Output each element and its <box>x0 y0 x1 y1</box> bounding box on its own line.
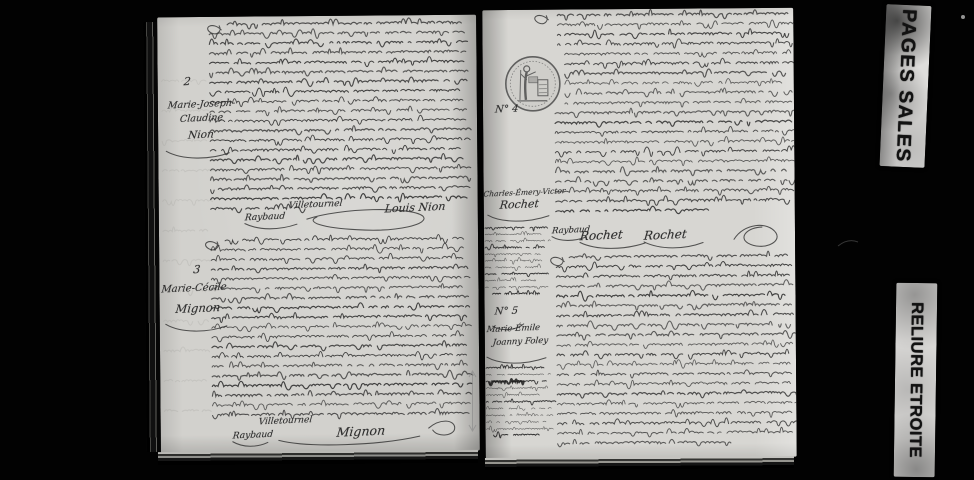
margin-name-line: Rochet <box>499 197 540 212</box>
label-reliure-etroite-text: RELIURE ETROITE <box>905 302 926 458</box>
margin-act-number: 3 <box>193 263 201 276</box>
act-number-marker: N° 5 <box>494 306 518 318</box>
archive-photo: 2 Marie-Joseph- Claudine Nion Villetourn… <box>0 0 974 480</box>
margin-name-line: Claudine <box>179 112 223 125</box>
handwriting-left-page <box>157 15 480 454</box>
bottom-sheet-edges-right <box>485 456 794 470</box>
left-page: 2 Marie-Joseph- Claudine Nion Villetourn… <box>157 15 480 454</box>
label-pages-sales-text: PAGES SALES <box>891 9 921 164</box>
label-reliure-etroite: RELIURE ETROITE <box>894 283 938 478</box>
signature: Rochet <box>643 227 687 243</box>
dust-speck <box>961 15 965 19</box>
signature: Rochet <box>579 227 623 243</box>
margin-name-line: Mignon <box>175 300 221 316</box>
signature: Raybaud <box>244 212 285 224</box>
signature: Raybaud <box>232 430 273 442</box>
signature: Louis Nion <box>384 200 446 216</box>
signature: Mignon <box>336 423 386 440</box>
margin-act-number: 2 <box>183 75 191 88</box>
label-pages-sales: PAGES SALES <box>879 4 931 168</box>
right-page: N° 4 Charles-Émery-Victor Rochet Raybaud… <box>482 8 797 459</box>
bottom-sheet-edges-left <box>158 450 478 465</box>
handwriting-right-page <box>482 8 797 459</box>
film-scratch <box>838 241 858 246</box>
act-number-marker: N° 4 <box>494 104 518 116</box>
margin-name-line: Nion <box>188 128 215 141</box>
